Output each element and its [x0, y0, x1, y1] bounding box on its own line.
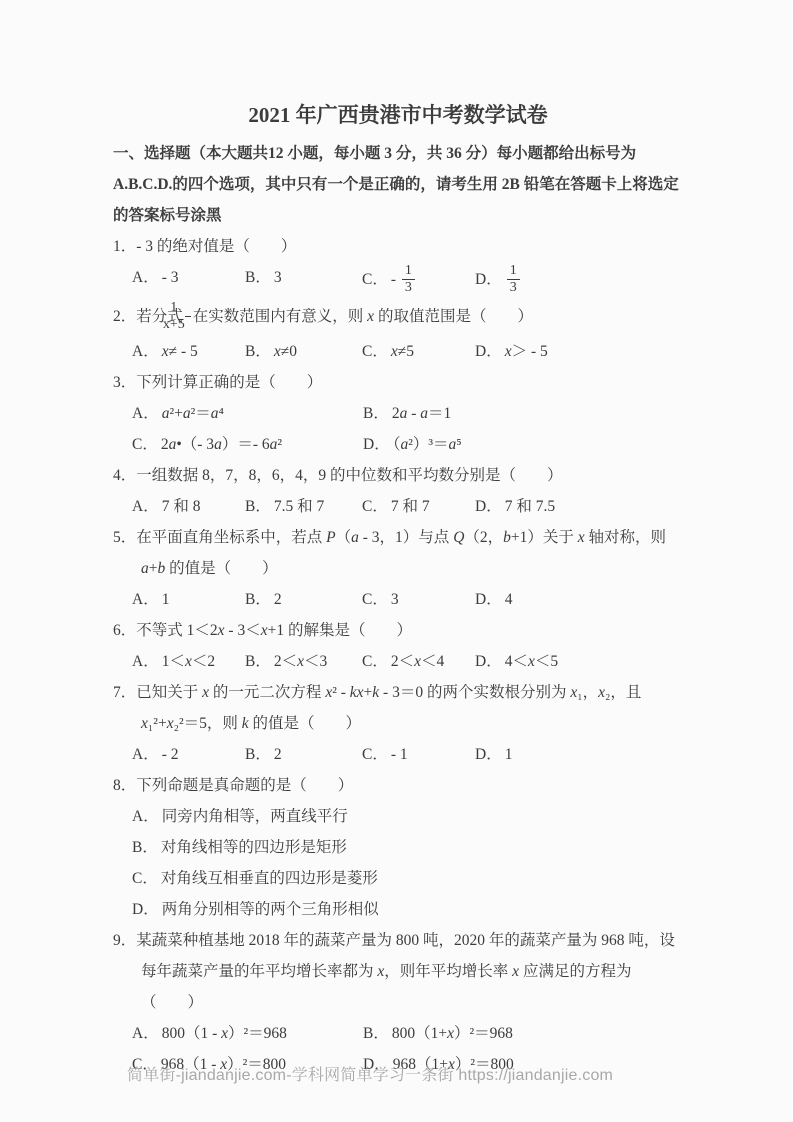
option-label: A．: [132, 808, 159, 825]
option-label: A．: [132, 269, 159, 286]
question: 5．在平面直角坐标系中，若点 P（a - 3，1）与点 Q（2，b+1）关于 x…: [113, 522, 683, 615]
question-number: 4．: [113, 467, 136, 484]
option-text: 同旁内角相等，两直线平行: [162, 808, 348, 825]
option-label: D．: [475, 271, 502, 288]
option-label: C．: [132, 870, 158, 887]
option: D．4: [475, 584, 683, 615]
option-text: - 3: [162, 269, 179, 286]
option-text: 1＜x＜2: [162, 653, 215, 670]
option-label: A．: [132, 405, 159, 422]
question-stem: 下列命题是真命题的是（ ）: [136, 777, 353, 794]
option-list: A．x≠ - 5B．x≠0C．x≠5D．x＞ - 5: [113, 336, 683, 367]
question-stem-line: 6．不等式 1＜2x - 3＜x+1 的解集是（ ）: [113, 615, 683, 646]
option: B．2a - a＝1: [363, 398, 683, 429]
question: 1．- 3 的绝对值是（ ） A．- 3B．3C．- 13D．13: [113, 231, 683, 299]
option-label: B．: [245, 653, 271, 670]
fraction: 13: [402, 263, 415, 296]
question-number: 2．: [113, 308, 136, 325]
option-label: B．: [245, 498, 271, 515]
option: C．2＜x＜4: [362, 646, 475, 677]
option: A．x≠ - 5: [132, 336, 245, 367]
option-label: C．: [362, 498, 388, 515]
option-list: A．- 3B．3C．- 13D．13: [113, 262, 683, 299]
option-label: C．: [132, 436, 158, 453]
question-stem: 若分式1x+5在实数范围内有意义，则 x 的取值范围是（ ）: [136, 308, 533, 325]
option-text: （a²）³＝a⁵: [393, 436, 462, 453]
watermark-footer: 简单街-jiandanjie.com-学科网简单学习一条街 https://ji…: [127, 1062, 613, 1085]
question-number: 3．: [113, 374, 136, 391]
question: 9．某蔬菜种植基地 2018 年的蔬菜产量为 800 吨，2020 年的蔬菜产量…: [113, 925, 683, 1080]
fraction: 13: [507, 263, 520, 296]
question-stem-line: 3．下列计算正确的是（ ）: [113, 367, 683, 398]
option-text: 4＜x＜5: [505, 653, 558, 670]
exam-paper-page: 2021 年广西贵港市中考数学试卷 一、选择题（本大题共12 小题，每小题 3 …: [0, 0, 793, 1122]
option: C．x≠5: [362, 336, 475, 367]
question-stem-line: 8．下列命题是真命题的是（ ）: [113, 770, 683, 801]
question-number: 7．: [113, 684, 136, 701]
option: B．800（1+x）²＝968: [363, 1018, 683, 1049]
option-text: 2a•（- 3a）＝- 6a²: [161, 436, 282, 453]
question-stem-line: 7．已知关于 x 的一元二次方程 x² - kx+k - 3＝0 的两个实数根分…: [113, 677, 683, 739]
option-text: 1: [162, 591, 170, 608]
option-text: x≠0: [274, 343, 297, 360]
option: B．2＜x＜3: [245, 646, 362, 677]
option-text: 2a - a＝1: [392, 405, 451, 422]
option-text: 7 和 8: [162, 498, 201, 515]
option-text: 3: [391, 591, 399, 608]
option: C．3: [362, 584, 475, 615]
option: D．1: [475, 739, 683, 770]
option-text: 4: [505, 591, 513, 608]
question: 2．若分式1x+5在实数范围内有意义，则 x 的取值范围是（ ） A．x≠ - …: [113, 299, 683, 367]
option: D．7 和 7.5: [475, 491, 683, 522]
question: 6．不等式 1＜2x - 3＜x+1 的解集是（ ） A．1＜x＜2B．2＜x＜…: [113, 615, 683, 677]
paper-title: 2021 年广西贵港市中考数学试卷: [113, 100, 683, 130]
option: D．两角分别相等的两个三角形相似: [132, 894, 683, 925]
option-text: 2＜x＜4: [391, 653, 444, 670]
option-text: 两角分别相等的两个三角形相似: [162, 901, 379, 918]
option: D．13: [475, 262, 683, 299]
option: A．800（1 - x）²＝968: [132, 1018, 363, 1049]
option-label: C．: [362, 343, 388, 360]
option-list: A．- 2B．2C．- 1D．1: [113, 739, 683, 770]
question: 4．一组数据 8，7，8，6，4，9 的中位数和平均数分别是（ ） A．7 和 …: [113, 460, 683, 522]
option-label: D．: [132, 901, 159, 918]
option-text: - 2: [162, 746, 179, 763]
question-list: 1．- 3 的绝对值是（ ） A．- 3B．3C．- 13D．13 2．若分式1…: [113, 231, 683, 1080]
question-number: 8．: [113, 777, 136, 794]
question-stem-line: 9．某蔬菜种植基地 2018 年的蔬菜产量为 800 吨，2020 年的蔬菜产量…: [113, 925, 683, 1018]
option-text: 对角线相等的四边形是矩形: [161, 839, 347, 856]
question-stem-line: 1．- 3 的绝对值是（ ）: [113, 231, 683, 262]
option-list: A．1B．2C．3D．4: [113, 584, 683, 615]
option-text: 7.5 和 7: [274, 498, 324, 515]
question-stem-line: 2．若分式1x+5在实数范围内有意义，则 x 的取值范围是（ ）: [113, 299, 683, 336]
option-label: D．: [475, 343, 502, 360]
option: B．2: [245, 584, 362, 615]
question-number: 5．: [113, 529, 136, 546]
option: A．1＜x＜2: [132, 646, 245, 677]
option-label: A．: [132, 498, 159, 515]
option-label: A．: [132, 343, 159, 360]
option: A．7 和 8: [132, 491, 245, 522]
option-list: A．1＜x＜2B．2＜x＜3C．2＜x＜4D．4＜x＜5: [113, 646, 683, 677]
option-label: C．: [362, 653, 388, 670]
question-stem: 某蔬菜种植基地 2018 年的蔬菜产量为 800 吨，2020 年的蔬菜产量为 …: [136, 932, 675, 1011]
option: B．对角线相等的四边形是矩形: [132, 832, 683, 863]
question-stem: 不等式 1＜2x - 3＜x+1 的解集是（ ）: [136, 622, 412, 639]
option-label: A．: [132, 591, 159, 608]
option: B．7.5 和 7: [245, 491, 362, 522]
option-text: 13: [505, 271, 522, 288]
option-text: 3: [274, 269, 282, 286]
option: D．x＞ - 5: [475, 336, 683, 367]
question-number: 1．: [113, 238, 136, 255]
option-label: B．: [245, 746, 271, 763]
option-label: B．: [363, 405, 389, 422]
option-text: a²+a²＝a⁴: [162, 405, 224, 422]
fraction: 1x+5: [185, 300, 191, 333]
question-stem-line: 4．一组数据 8，7，8，6，4，9 的中位数和平均数分别是（ ）: [113, 460, 683, 491]
option-label: A．: [132, 746, 159, 763]
option: D．4＜x＜5: [475, 646, 683, 677]
option-text: 7 和 7: [391, 498, 430, 515]
option-text: x≠5: [391, 343, 414, 360]
option-text: x＞ - 5: [505, 343, 548, 360]
option-label: B．: [245, 269, 271, 286]
option: B．x≠0: [245, 336, 362, 367]
option-text: - 1: [391, 746, 408, 763]
paper-content: 2021 年广西贵港市中考数学试卷 一、选择题（本大题共12 小题，每小题 3 …: [113, 100, 683, 1080]
question-stem: 在平面直角坐标系中，若点 P（a - 3，1）与点 Q（2，b+1）关于 x 轴…: [136, 529, 666, 577]
option: B．2: [245, 739, 362, 770]
option-label: B．: [363, 1025, 389, 1042]
question-stem: - 3 的绝对值是（ ）: [136, 238, 296, 255]
question: 8．下列命题是真命题的是（ ） A．同旁内角相等，两直线平行B．对角线相等的四边…: [113, 770, 683, 925]
option: B．3: [245, 262, 362, 299]
option-text: 2＜x＜3: [274, 653, 327, 670]
option-label: B．: [245, 343, 271, 360]
section-heading: 一、选择题（本大题共12 小题，每小题 3 分，共 36 分）每小题都给出标号为…: [113, 138, 683, 231]
option-label: C．: [362, 591, 388, 608]
option-label: C．: [362, 271, 388, 288]
question-stem: 下列计算正确的是（ ）: [136, 374, 322, 391]
option: C．2a•（- 3a）＝- 6a²: [132, 429, 363, 460]
option-text: 2: [274, 591, 282, 608]
option: C．对角线互相垂直的四边形是菱形: [132, 863, 683, 894]
option-list: A．同旁内角相等，两直线平行B．对角线相等的四边形是矩形C．对角线互相垂直的四边…: [113, 801, 683, 925]
question: 3．下列计算正确的是（ ） A．a²+a²＝a⁴B．2a - a＝1C．2a•（…: [113, 367, 683, 460]
question-stem-line: 5．在平面直角坐标系中，若点 P（a - 3，1）与点 Q（2，b+1）关于 x…: [113, 522, 683, 584]
option: A．- 2: [132, 739, 245, 770]
option: A．同旁内角相等，两直线平行: [132, 801, 683, 832]
option-label: B．: [245, 591, 271, 608]
option: A．- 3: [132, 262, 245, 299]
option-label: A．: [132, 653, 159, 670]
option-label: D．: [475, 591, 502, 608]
option-list: A．7 和 8B．7.5 和 7C．7 和 7D．7 和 7.5: [113, 491, 683, 522]
question: 7．已知关于 x 的一元二次方程 x² - kx+k - 3＝0 的两个实数根分…: [113, 677, 683, 770]
question-stem: 一组数据 8，7，8，6，4，9 的中位数和平均数分别是（ ）: [136, 467, 562, 484]
option: C．- 13: [362, 262, 475, 299]
question-number: 6．: [113, 622, 136, 639]
option-text: 800（1+x）²＝968: [392, 1025, 513, 1042]
option-label: D．: [363, 436, 390, 453]
option-list: A．a²+a²＝a⁴B．2a - a＝1C．2a•（- 3a）＝- 6a²D．（…: [113, 398, 683, 460]
option-label: D．: [475, 498, 502, 515]
option-label: B．: [132, 839, 158, 856]
option-text: 2: [274, 746, 282, 763]
option-label: D．: [475, 746, 502, 763]
option: D．（a²）³＝a⁵: [363, 429, 683, 460]
option-label: A．: [132, 1025, 159, 1042]
option-label: D．: [475, 653, 502, 670]
question-stem: 已知关于 x 的一元二次方程 x² - kx+k - 3＝0 的两个实数根分别为…: [136, 684, 641, 732]
option: A．1: [132, 584, 245, 615]
option-text: 7 和 7.5: [505, 498, 555, 515]
option-text: x≠ - 5: [162, 343, 198, 360]
option-text: 对角线互相垂直的四边形是菱形: [161, 870, 378, 887]
question-number: 9．: [113, 932, 136, 949]
option: C．7 和 7: [362, 491, 475, 522]
option-text: 1: [505, 746, 513, 763]
option-label: C．: [362, 746, 388, 763]
option-text: - 13: [391, 271, 417, 288]
option: A．a²+a²＝a⁴: [132, 398, 363, 429]
option-text: 800（1 - x）²＝968: [162, 1025, 287, 1042]
option: C．- 1: [362, 739, 475, 770]
